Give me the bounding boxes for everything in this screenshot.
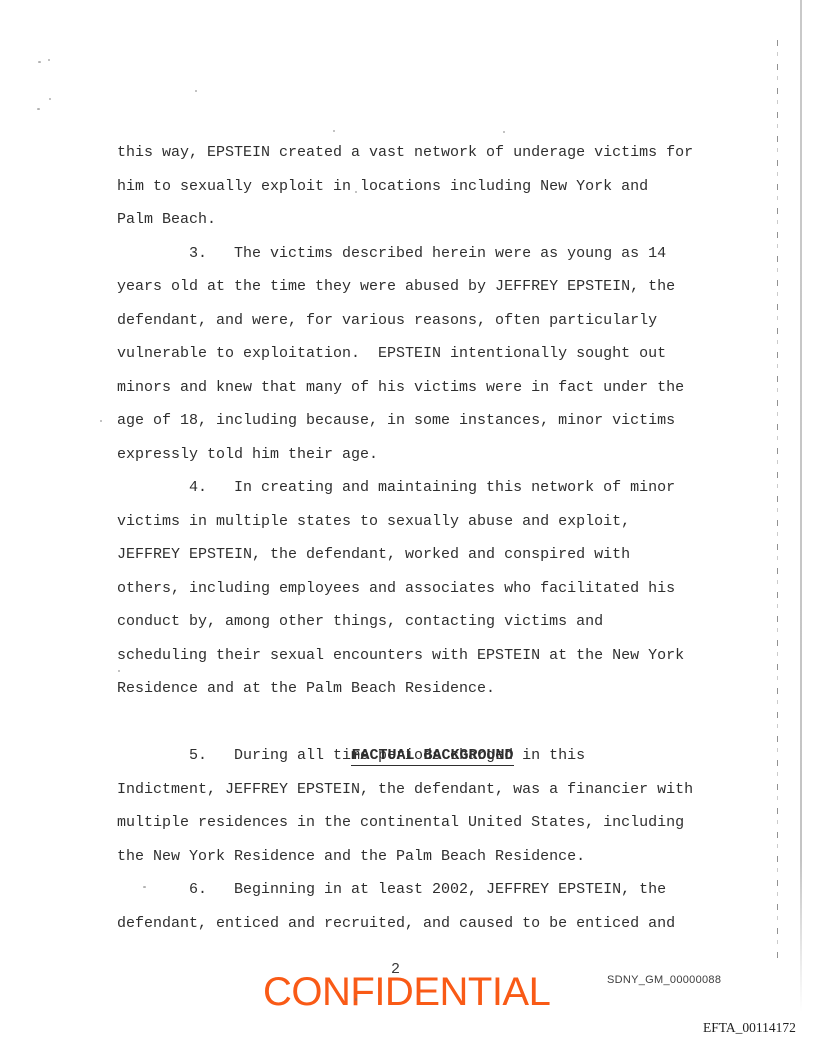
document-line: Residence and at the Palm Beach Residenc… xyxy=(117,672,722,706)
section-heading-text: FACTUAL BACKGROUND xyxy=(351,747,513,766)
document-line-paragraph-6: 6. Beginning in at least 2002, JEFFREY E… xyxy=(117,873,722,907)
scan-speckle xyxy=(503,131,505,133)
confidential-stamp: CONFIDENTIAL xyxy=(263,972,550,1012)
bates-number-efta: EFTA_00114172 xyxy=(703,1020,796,1036)
scan-page-edge-line xyxy=(800,0,802,1012)
document-line: JEFFREY EPSTEIN, the defendant, worked a… xyxy=(117,538,722,572)
scan-speckle xyxy=(195,90,197,92)
scan-speckle xyxy=(355,998,357,1001)
scanned-document-page: this way, EPSTEIN created a vast network… xyxy=(0,0,817,1056)
document-line: defendant, and were, for various reasons… xyxy=(117,304,722,338)
document-line: scheduling their sexual encounters with … xyxy=(117,639,722,673)
document-line: the New York Residence and the Palm Beac… xyxy=(117,840,722,874)
scan-speckle xyxy=(100,420,102,422)
document-line: him to sexually exploit in locations inc… xyxy=(117,170,722,204)
scan-speckle xyxy=(333,130,335,132)
document-line: multiple residences in the continental U… xyxy=(117,806,722,840)
document-line: defendant, enticed and recruited, and ca… xyxy=(117,907,722,941)
document-line: conduct by, among other things, contacti… xyxy=(117,605,722,639)
document-line-paragraph-3: 3. The victims described herein were as … xyxy=(117,237,722,271)
scan-speckle xyxy=(48,59,50,61)
document-line: others, including employees and associat… xyxy=(117,572,722,606)
scan-speckle xyxy=(355,191,357,193)
scan-speckle xyxy=(38,61,41,63)
bates-number-sdny: SDNY_GM_00000088 xyxy=(607,974,721,986)
scan-speckle xyxy=(37,108,40,110)
scan-speckle xyxy=(49,98,51,100)
scan-speckle xyxy=(118,670,120,672)
document-line: this way, EPSTEIN created a vast network… xyxy=(117,136,722,170)
scan-fold-dashed-line xyxy=(777,40,778,958)
document-line: Palm Beach. xyxy=(117,203,722,237)
section-heading-factual-background: FACTUAL BACKGROUND xyxy=(103,706,708,740)
document-line: minors and knew that many of his victims… xyxy=(117,371,722,405)
document-line: victims in multiple states to sexually a… xyxy=(117,505,722,539)
document-line: expressly told him their age. xyxy=(117,438,722,472)
scan-speckle xyxy=(143,886,146,888)
document-line: age of 18, including because, in some in… xyxy=(117,404,722,438)
document-body: this way, EPSTEIN created a vast network… xyxy=(117,136,722,940)
document-line: vulnerable to exploitation. EPSTEIN inte… xyxy=(117,337,722,371)
document-line-paragraph-4: 4. In creating and maintaining this netw… xyxy=(117,471,722,505)
document-line: years old at the time they were abused b… xyxy=(117,270,722,304)
